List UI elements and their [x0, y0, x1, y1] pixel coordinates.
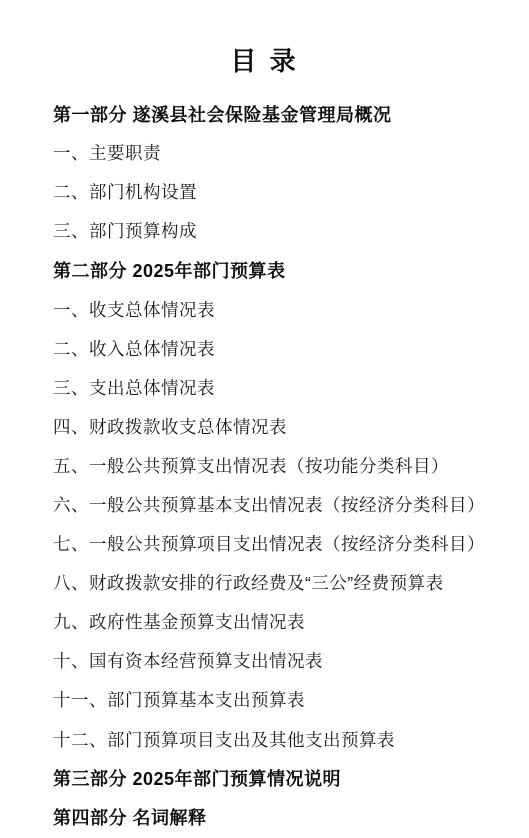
toc-item: 九、政府性基金预算支出情况表 — [53, 602, 509, 641]
toc-section-header: 第一部分 遂溪县社会保险基金管理局概况 — [53, 94, 509, 133]
toc-list: 第一部分 遂溪县社会保险基金管理局概况一、主要职责二、部门机构设置三、部门预算构… — [0, 94, 529, 837]
toc-item: 三、部门预算构成 — [53, 211, 509, 250]
toc-section-header: 第四部分 名词解释 — [53, 798, 509, 837]
toc-item: 三、支出总体情况表 — [53, 368, 509, 407]
toc-item: 五、一般公共预算支出情况表（按功能分类科目） — [53, 446, 509, 485]
toc-item: 十、国有资本经营预算支出情况表 — [53, 641, 509, 680]
toc-item: 二、收入总体情况表 — [53, 329, 509, 368]
toc-section-header: 第二部分 2025年部门预算表 — [53, 250, 509, 289]
toc-item: 二、部门机构设置 — [53, 172, 509, 211]
document-page: 目 录 第一部分 遂溪县社会保险基金管理局概况一、主要职责二、部门机构设置三、部… — [0, 0, 529, 838]
toc-item: 一、主要职责 — [53, 133, 509, 172]
toc-section-header: 第三部分 2025年部门预算情况说明 — [53, 759, 509, 798]
toc-item: 十二、部门预算项目支出及其他支出预算表 — [53, 720, 509, 759]
toc-item: 七、一般公共预算项目支出情况表（按经济分类科目） — [53, 524, 509, 563]
toc-item: 四、财政拨款收支总体情况表 — [53, 407, 509, 446]
toc-item: 十一、部门预算基本支出预算表 — [53, 680, 509, 719]
toc-page-title: 目 录 — [0, 0, 529, 76]
toc-item: 八、财政拨款安排的行政经费及“三公”经费预算表 — [53, 563, 509, 602]
toc-item: 一、收支总体情况表 — [53, 289, 509, 328]
toc-item: 六、一般公共预算基本支出情况表（按经济分类科目） — [53, 485, 509, 524]
